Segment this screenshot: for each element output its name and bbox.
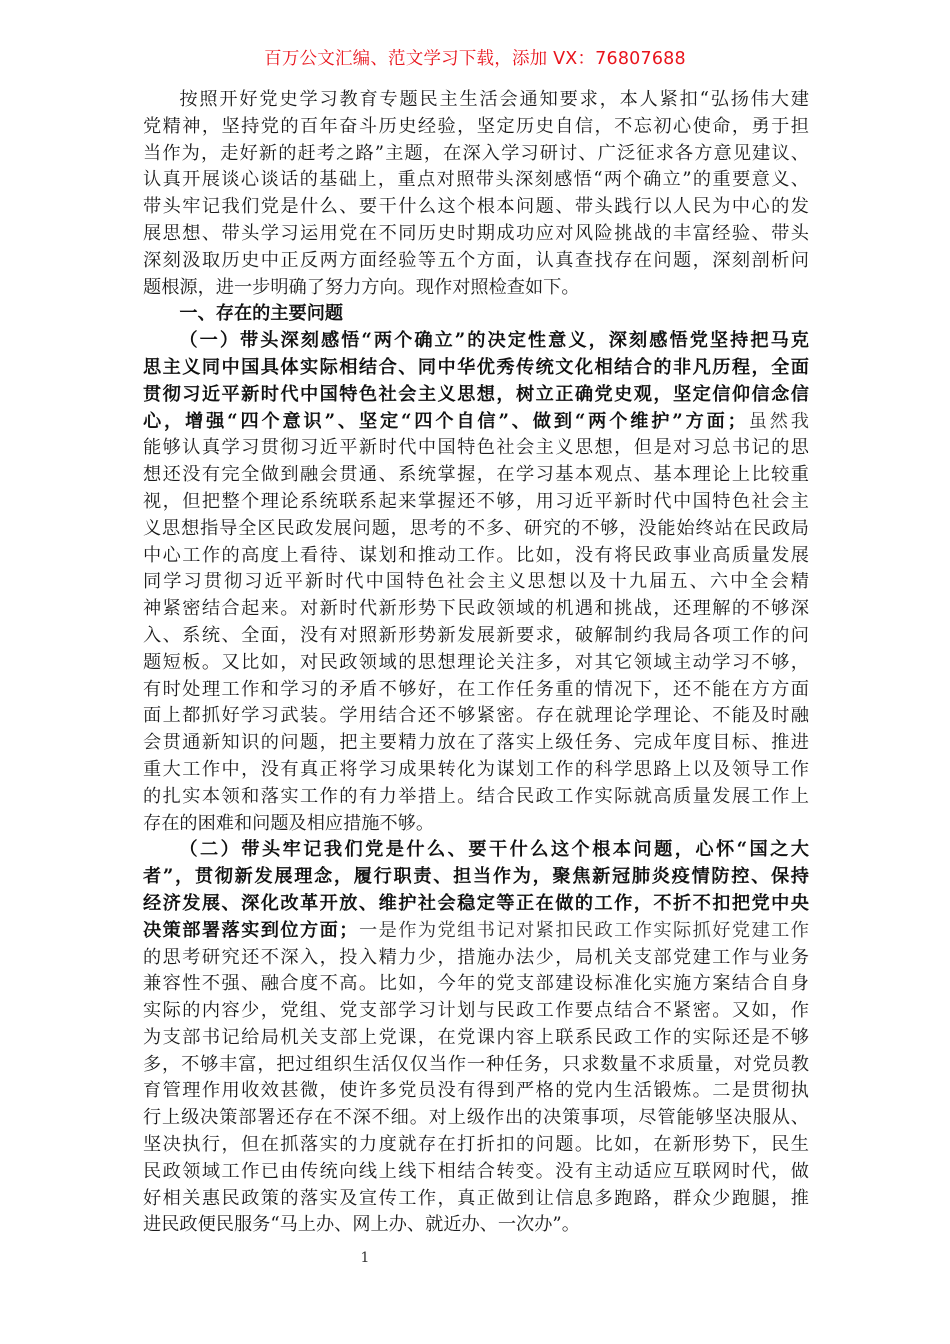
item-1-paragraph: （一）带头深刻感悟“两个确立”的决定性意义，深刻感悟党坚持把马克 思主义同中国具… bbox=[143, 328, 809, 837]
text-line: 深刻汲取历史中正反两方面经验等五个方面，认真查找存在问题，深刻剖析问 bbox=[143, 248, 809, 275]
text-line: 面上都抓好学习武装。学用结合还不够紧密。存在就理论学理论、不能及时融 bbox=[143, 703, 809, 730]
normal-segment: 一是作为党组书记对紧扣民政工作实际抓好党建工作 bbox=[358, 920, 810, 941]
text-line: 好相关惠民政策的落实及宣传工作，真正做到让信息多跑路，群众少跑腿，推 bbox=[143, 1186, 809, 1213]
text-line: 行上级决策部署还存在不深不细。对上级作出的决策事项，尽管能够坚决服从、 bbox=[143, 1105, 809, 1132]
bold-line: 经济发展、深化改革开放、维护社会稳定等正在做的工作，不折不扣把党中央 bbox=[143, 891, 809, 918]
bold-line: 者”，贯彻新发展理念，履行职责、担当作为，聚焦新冠肺炎疫情防控、保持 bbox=[143, 864, 809, 891]
text-line: 的扎实本领和落实工作的有力举措上。结合民政工作实际就高质量发展工作上 bbox=[143, 784, 809, 811]
text-line: 义思想指导全区民政发展问题，思考的不多、研究的不够，没能始终站在民政局 bbox=[143, 516, 809, 543]
text-line: 重大工作中，没有真正将学习成果转化为谋划工作的科学思路上以及领导工作 bbox=[143, 757, 809, 784]
text-line: 当作为，走好新的赶考之路”主题，在深入学习研讨、广泛征求各方意见建议、 bbox=[143, 141, 809, 168]
text-line: 认真开展谈心谈话的基础上，重点对照带头深刻感悟“两个确立”的重要意义、 bbox=[143, 167, 809, 194]
text-line: 存在的困难和问题及相应措施不够。 bbox=[143, 811, 809, 838]
text-line: 会贯通新知识的问题，把主要精力放在了落实上级任务、完成年度目标、推进 bbox=[143, 730, 809, 757]
text-line: 同学习贯彻习近平新时代中国特色社会主义思想以及十九届五、六中全会精 bbox=[143, 569, 809, 596]
bold-segment: 决策部署落实到位方面； bbox=[143, 920, 358, 941]
text-line: 入、系统、全面，没有对照新形势新发展新要求，破解制约我局各项工作的问 bbox=[143, 623, 809, 650]
normal-segment: 虽然我 bbox=[746, 411, 809, 432]
bold-line: （一）带头深刻感悟“两个确立”的决定性意义，深刻感悟党坚持把马克 bbox=[143, 328, 809, 355]
text-line: 实际的内容少，党组、党支部学习计划与民政工作要点结合不紧密。又如，作 bbox=[143, 998, 809, 1025]
mixed-line: 心，增强“四个意识”、坚定“四个自信”、做到“两个维护”方面；虽然我 bbox=[143, 409, 809, 436]
text-line: 能够认真学习贯彻习近平新时代中国特色社会主义思想，但是对习总书记的思 bbox=[143, 435, 809, 462]
intro-paragraph: 按照开好党史学习教育专题民主生活会通知要求，本人紧扣“弘扬伟大建 党精神，坚持党… bbox=[143, 87, 809, 301]
text-line: 按照开好党史学习教育专题民主生活会通知要求，本人紧扣“弘扬伟大建 bbox=[143, 87, 809, 114]
document-body: 按照开好党史学习教育专题民主生活会通知要求，本人紧扣“弘扬伟大建 党精神，坚持党… bbox=[143, 87, 809, 1239]
text-line: 坚决执行，但在抓落实的力度就存在打折扣的问题。比如，在新形势下，民生 bbox=[143, 1132, 809, 1159]
text-line: 有时处理工作和学习的矛盾不够好，在工作任务重的情况下，还不能在方方面 bbox=[143, 677, 809, 704]
section-heading: 一、存在的主要问题 bbox=[143, 301, 809, 328]
page-number: 1 bbox=[0, 1250, 730, 1266]
document-page: 百万公文汇编、范文学习下载，添加 VX：76807688 按照开好党史学习教育专… bbox=[0, 0, 950, 1344]
text-line: 题短板。又比如，对民政领域的思想理论关注多，对其它领域主动学习不够， bbox=[143, 650, 809, 677]
promo-header: 百万公文汇编、范文学习下载，添加 VX：76807688 bbox=[0, 46, 950, 72]
text-line: 的思考研究还不深入，投入精力少，措施办法少，局机关支部党建工作与业务 bbox=[143, 945, 809, 972]
text-line: 为支部书记给局机关支部上党课，在党课内容上联系民政工作的实际还是不够 bbox=[143, 1025, 809, 1052]
text-line: 带头牢记我们党是什么、要干什么这个根本问题、带头践行以人民为中心的发 bbox=[143, 194, 809, 221]
text-line: 中心工作的高度上看待、谋划和推动工作。比如，没有将民政事业高质量发展 bbox=[143, 543, 809, 570]
text-line: 题根源，进一步明确了努力方向。现作对照检查如下。 bbox=[143, 275, 809, 302]
text-line: 多，不够丰富，把过组织生活仅仅当作一种任务，只求数量不求质量，对党员教 bbox=[143, 1052, 809, 1079]
text-line: 视，但把整个理论系统联系起来掌握还不够，用习近平新时代中国特色社会主 bbox=[143, 489, 809, 516]
mixed-line: 决策部署落实到位方面；一是作为党组书记对紧扣民政工作实际抓好党建工作 bbox=[143, 918, 809, 945]
text-line: 育管理作用收效甚微，使许多党员没有得到严格的党内生活锻炼。二是贯彻执 bbox=[143, 1078, 809, 1105]
bold-segment: 心，增强“四个意识”、坚定“四个自信”、做到“两个维护”方面； bbox=[143, 411, 746, 432]
text-line: 想还没有完全做到融会贯通、系统掌握，在学习基本观点、基本理论上比较重 bbox=[143, 462, 809, 489]
bold-line: （二）带头牢记我们党是什么、要干什么这个根本问题，心怀“国之大 bbox=[143, 837, 809, 864]
bold-line: 思主义同中国具体实际相结合、同中华优秀传统文化相结合的非凡历程，全面 bbox=[143, 355, 809, 382]
item-2-paragraph: （二）带头牢记我们党是什么、要干什么这个根本问题，心怀“国之大 者”，贯彻新发展… bbox=[143, 837, 809, 1239]
text-line: 民政领域工作已由传统向线上线下相结合转变。没有主动适应互联网时代，做 bbox=[143, 1159, 809, 1186]
text-line: 党精神，坚持党的百年奋斗历史经验，坚定历史自信，不忘初心使命，勇于担 bbox=[143, 114, 809, 141]
text-line: 进民政便民服务“马上办、网上办、就近办、一次办”。 bbox=[143, 1212, 809, 1239]
bold-line: 贯彻习近平新时代中国特色社会主义思想，树立正确党史观，坚定信仰信念信 bbox=[143, 382, 809, 409]
text-line: 兼容性不强、融合度不高。比如，今年的党支部建设标准化实施方案结合自身 bbox=[143, 971, 809, 998]
text-line: 展思想、带头学习运用党在不同历史时期成功应对风险挑战的丰富经验、带头 bbox=[143, 221, 809, 248]
text-line: 神紧密结合起来。对新时代新形势下民政领域的机遇和挑战，还理解的不够深 bbox=[143, 596, 809, 623]
